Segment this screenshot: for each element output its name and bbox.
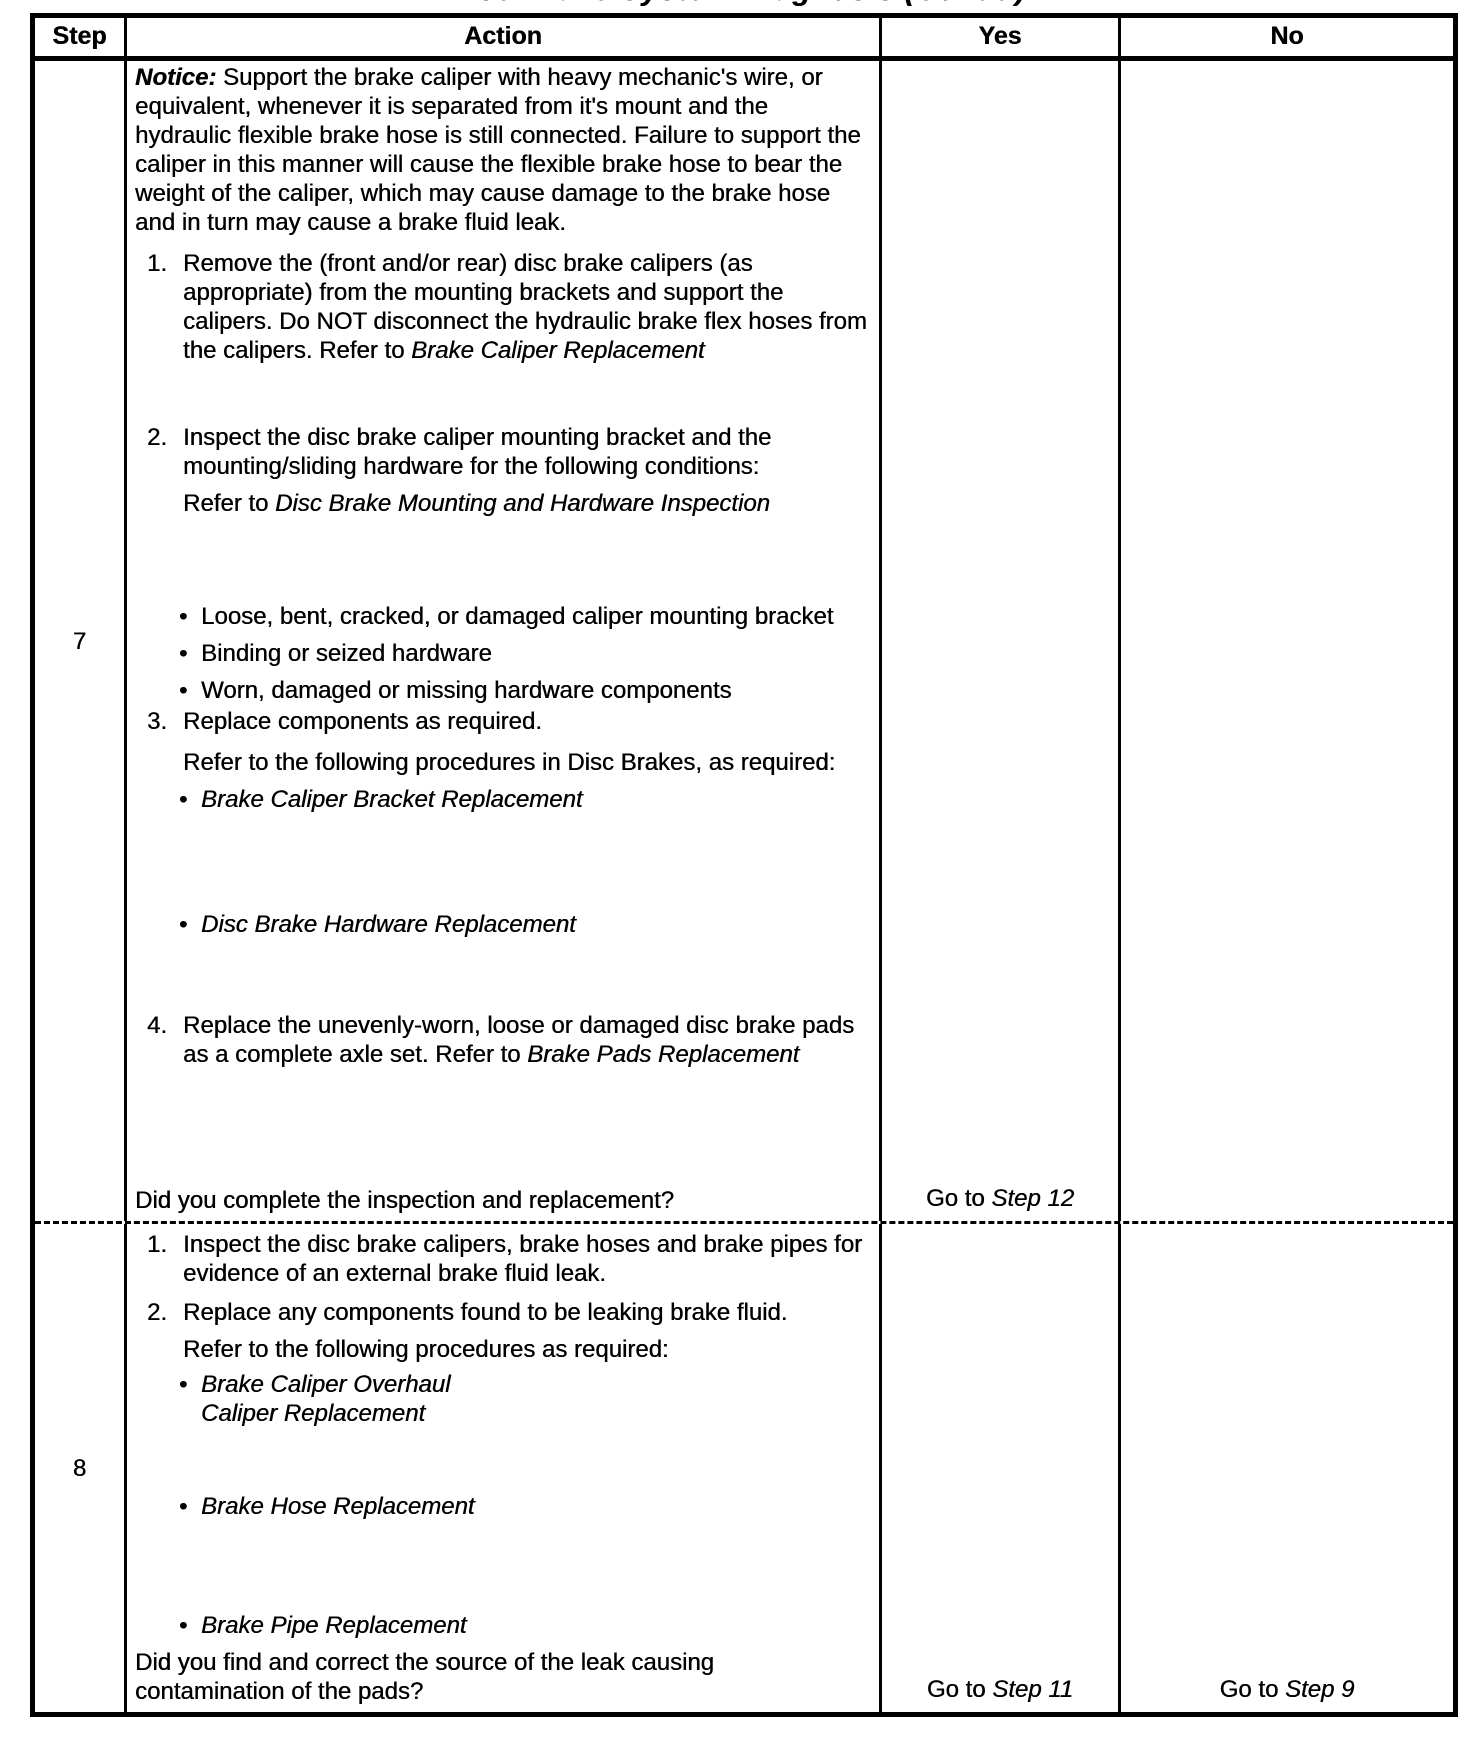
procedure-bullet-2: • Brake Hose Replacement bbox=[135, 1492, 869, 1521]
procedure-reference: Brake Caliper Bracket Replacement bbox=[201, 785, 869, 814]
step-8-no-answer: Go to Step 9 bbox=[1220, 1675, 1355, 1704]
table-header-row: Step Action Yes No bbox=[35, 18, 1453, 61]
procedure-reference: Brake Pads Replacement bbox=[527, 1041, 799, 1068]
procedure-reference: Disc Brake Mounting and Hardware Inspect… bbox=[275, 490, 770, 517]
item-3-text: Replace components as required. bbox=[183, 707, 869, 736]
goto-step-reference: Step 9 bbox=[1285, 1676, 1354, 1703]
table-row-step-8: 8 1. Inspect the disc brake calipers, br… bbox=[35, 1224, 1453, 1712]
procedure-reference: Brake Hose Replacement bbox=[201, 1492, 869, 1521]
item-2-number: 2. bbox=[147, 1298, 183, 1327]
page-title: Disc Brake System Diagnosis (Cont'd) bbox=[0, 0, 1472, 13]
item-1-number: 1. bbox=[147, 1230, 183, 1288]
bullet-icon: • bbox=[179, 1611, 201, 1640]
item-2-text: Replace any components found to be leaki… bbox=[183, 1298, 869, 1327]
numbered-item-3: 3. Replace components as required. bbox=[135, 707, 869, 736]
bullet-icon: • bbox=[179, 1370, 201, 1428]
goto-step-reference: Step 11 bbox=[992, 1676, 1073, 1703]
numbered-item-2: 2. Inspect the disc brake caliper mounti… bbox=[135, 423, 869, 481]
numbered-item-4: 4. Replace the unevenly-worn, loose or d… bbox=[135, 1011, 869, 1069]
item-2-refer-line: Refer to Disc Brake Mounting and Hardwar… bbox=[183, 489, 869, 518]
condition-bullet-1: • Loose, bent, cracked, or damaged calip… bbox=[135, 602, 869, 631]
notice-paragraph: Notice: Support the brake caliper with h… bbox=[135, 63, 869, 237]
step-7-yes-answer: Go to Step 12 bbox=[926, 1184, 1074, 1213]
item-4-number: 4. bbox=[147, 1011, 183, 1069]
item-2-number: 2. bbox=[147, 423, 183, 481]
header-step: Step bbox=[35, 18, 127, 56]
step-8-yes-answer: Go to Step 11 bbox=[927, 1675, 1073, 1704]
header-no: No bbox=[1121, 18, 1453, 56]
item-2-text: Inspect the disc brake caliper mounting … bbox=[183, 423, 869, 481]
procedure-reference: Brake Caliper Replacement bbox=[411, 337, 704, 364]
procedure-reference: Disc Brake Hardware Replacement bbox=[201, 910, 869, 939]
numbered-item-1: 1. Remove the (front and/or rear) disc b… bbox=[135, 249, 869, 365]
step-8-action-cell: 1. Inspect the disc brake calipers, brak… bbox=[127, 1224, 882, 1712]
condition-bullet-1-text: Loose, bent, cracked, or damaged caliper… bbox=[201, 602, 869, 631]
procedure-reference-line-1: Brake Caliper Overhaul bbox=[201, 1370, 869, 1399]
step-7-number: 7 bbox=[35, 61, 127, 1221]
step-7-question: Did you complete the inspection and repl… bbox=[135, 1186, 869, 1221]
item-4-text: Replace the unevenly-worn, loose or dama… bbox=[183, 1011, 869, 1069]
step-7-yes-cell: Go to Step 12 bbox=[882, 61, 1121, 1221]
bullet-icon: • bbox=[179, 639, 201, 668]
document-page: Disc Brake System Diagnosis (Cont'd) Ste… bbox=[0, 0, 1472, 1717]
numbered-item-1: 1. Inspect the disc brake calipers, brak… bbox=[135, 1230, 869, 1288]
item-2-refer-line: Refer to the following procedures as req… bbox=[183, 1335, 869, 1364]
bullet-icon: • bbox=[179, 602, 201, 631]
notice-body: Support the brake caliper with heavy mec… bbox=[135, 64, 861, 236]
step-7-action-cell: Notice: Support the brake caliper with h… bbox=[127, 61, 882, 1221]
step-7-no-cell bbox=[1121, 61, 1453, 1221]
procedure-bullet-1: • Brake Caliper Overhaul Caliper Replace… bbox=[135, 1370, 869, 1428]
step-8-question: Did you find and correct the source of t… bbox=[135, 1648, 785, 1712]
item-1-number: 1. bbox=[147, 249, 183, 365]
procedure-reference-line-2: Caliper Replacement bbox=[201, 1399, 869, 1428]
numbered-item-2: 2. Replace any components found to be le… bbox=[135, 1298, 869, 1327]
condition-bullet-2-text: Binding or seized hardware bbox=[201, 639, 869, 668]
bullet-icon: • bbox=[179, 785, 201, 814]
page-title-text: Disc Brake System Diagnosis (Cont'd) bbox=[0, 0, 1472, 5]
condition-bullet-3-text: Worn, damaged or missing hardware compon… bbox=[201, 676, 869, 705]
procedure-bullet-3: • Brake Pipe Replacement bbox=[135, 1611, 869, 1640]
bullet-icon: • bbox=[179, 1492, 201, 1521]
diagnosis-table: Step Action Yes No 7 Notice: Support the… bbox=[30, 13, 1458, 1717]
item-1-text: Inspect the disc brake calipers, brake h… bbox=[183, 1230, 869, 1288]
table-row-step-7: 7 Notice: Support the brake caliper with… bbox=[35, 61, 1453, 1224]
procedure-bullet-2: • Disc Brake Hardware Replacement bbox=[135, 910, 869, 939]
goto-step-reference: Step 12 bbox=[991, 1185, 1074, 1212]
goto-prefix: Go to bbox=[926, 1185, 991, 1212]
condition-bullet-3: • Worn, damaged or missing hardware comp… bbox=[135, 676, 869, 705]
goto-prefix: Go to bbox=[927, 1676, 992, 1703]
step-8-number: 8 bbox=[35, 1224, 127, 1712]
bullet-icon: • bbox=[179, 676, 201, 705]
goto-prefix: Go to bbox=[1220, 1676, 1285, 1703]
bullet-icon: • bbox=[179, 910, 201, 939]
procedure-bullet-1: • Brake Caliper Bracket Replacement bbox=[135, 785, 869, 814]
header-yes: Yes bbox=[882, 18, 1121, 56]
item-3-refer-line: Refer to the following procedures in Dis… bbox=[183, 748, 869, 777]
procedure-reference: Brake Pipe Replacement bbox=[201, 1611, 869, 1640]
refer-prefix: Refer to bbox=[183, 490, 275, 517]
step-8-no-cell: Go to Step 9 bbox=[1121, 1224, 1453, 1712]
procedure-reference: Brake Caliper Overhaul Caliper Replaceme… bbox=[201, 1370, 869, 1428]
item-1-text: Remove the (front and/or rear) disc brak… bbox=[183, 249, 869, 365]
notice-label: Notice: bbox=[135, 64, 216, 91]
step-8-yes-cell: Go to Step 11 bbox=[882, 1224, 1121, 1712]
condition-bullet-2: • Binding or seized hardware bbox=[135, 639, 869, 668]
header-action: Action bbox=[127, 18, 882, 56]
item-3-number: 3. bbox=[147, 707, 183, 736]
